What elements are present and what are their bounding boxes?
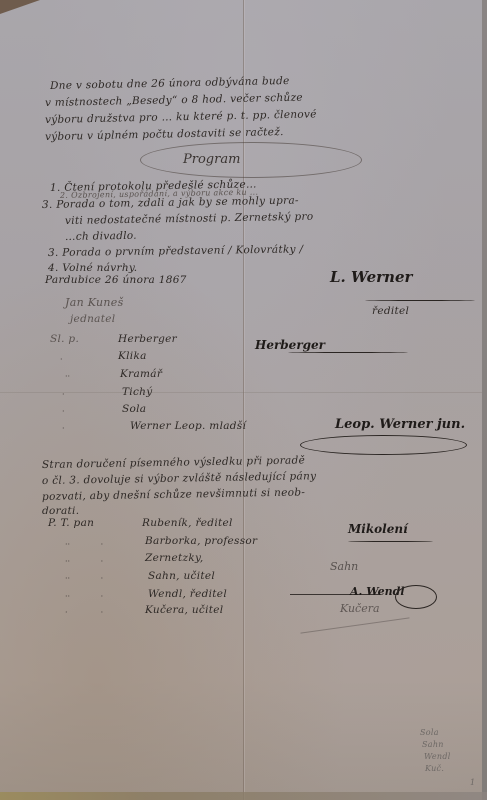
recipient-prefix: P. T. pan (48, 517, 94, 529)
program-item-number: 4. (48, 262, 59, 274)
program-item-number: 3. (48, 247, 59, 259)
recipient-prefix: Sl. p. (50, 333, 79, 345)
program-item-number: 3. (42, 199, 53, 211)
recipient-name: Zernetzky, (145, 552, 204, 564)
place-date: Pardubice 26 února 1867 (45, 274, 187, 286)
recipient-signature: Leop. Werner jun. (335, 417, 465, 432)
signature-flourish (288, 352, 408, 353)
recipient-name: Rubeník, ředitel (142, 517, 233, 529)
ditto-mark: · (62, 390, 65, 399)
recipient-name: Werner Leop. mladší (130, 420, 246, 432)
page-edge-bottom (0, 792, 487, 800)
signature-flourish (300, 435, 467, 455)
ditto-mark: ·· (65, 372, 70, 381)
ditto-mark: · (62, 424, 65, 433)
secretary-title: jednatel (70, 313, 115, 325)
ditto-mark: ·· · (65, 557, 103, 566)
program-item-5: 4. Volné návrhy. (48, 262, 137, 274)
paragraph-2-line-4: dorati. (42, 505, 79, 517)
recipient-signature: Kučera (340, 602, 380, 615)
program-heading: Program (183, 152, 240, 167)
ditto-mark: · (60, 355, 63, 364)
ditto-mark: · (62, 407, 65, 416)
chairman-title: ředitel (372, 305, 409, 317)
torn-corner (0, 0, 40, 14)
recipient-name: Sola (122, 403, 146, 415)
page-edge-right (482, 0, 487, 800)
signature-flourish (365, 300, 475, 301)
chairman-signature: L. Werner (330, 268, 412, 286)
ditto-mark: · · (65, 608, 103, 617)
recipient-name: Sahn, učitel (148, 570, 215, 582)
recipient-signature: Sahn (330, 560, 358, 573)
program-heading-flourish (140, 142, 362, 178)
page-number: 1 (470, 778, 475, 787)
recipient-name: Kramář (120, 368, 162, 380)
recipient-name: Wendl, ředitel (148, 588, 227, 600)
margin-note: Wendl (424, 752, 451, 761)
program-item-3-cont-2: …ch divadlo. (65, 230, 137, 243)
recipient-name: Kučera, učitel (145, 604, 223, 616)
ditto-mark: ·· · (65, 540, 103, 549)
recipient-name: Klika (118, 350, 147, 362)
margin-note: Kuč. (425, 764, 444, 773)
recipient-signature: Herberger (255, 338, 325, 352)
signature-flourish (395, 585, 437, 609)
secretary-name: Jan Kuneš (65, 296, 124, 309)
horizontal-fold-line (0, 392, 487, 393)
ditto-mark: ·· · (65, 574, 103, 583)
ditto-mark: ·· · (65, 592, 103, 601)
program-item-text: Volné návrhy. (62, 262, 137, 274)
recipient-name: Barborka, professor (145, 535, 257, 547)
margin-note: Sahn (422, 740, 444, 749)
recipient-name: Tichý (122, 386, 152, 398)
margin-note: Sola (420, 728, 439, 737)
signature-flourish (348, 541, 433, 542)
recipient-signature: Mikolení (348, 522, 408, 536)
recipient-name: Herberger (118, 333, 177, 345)
